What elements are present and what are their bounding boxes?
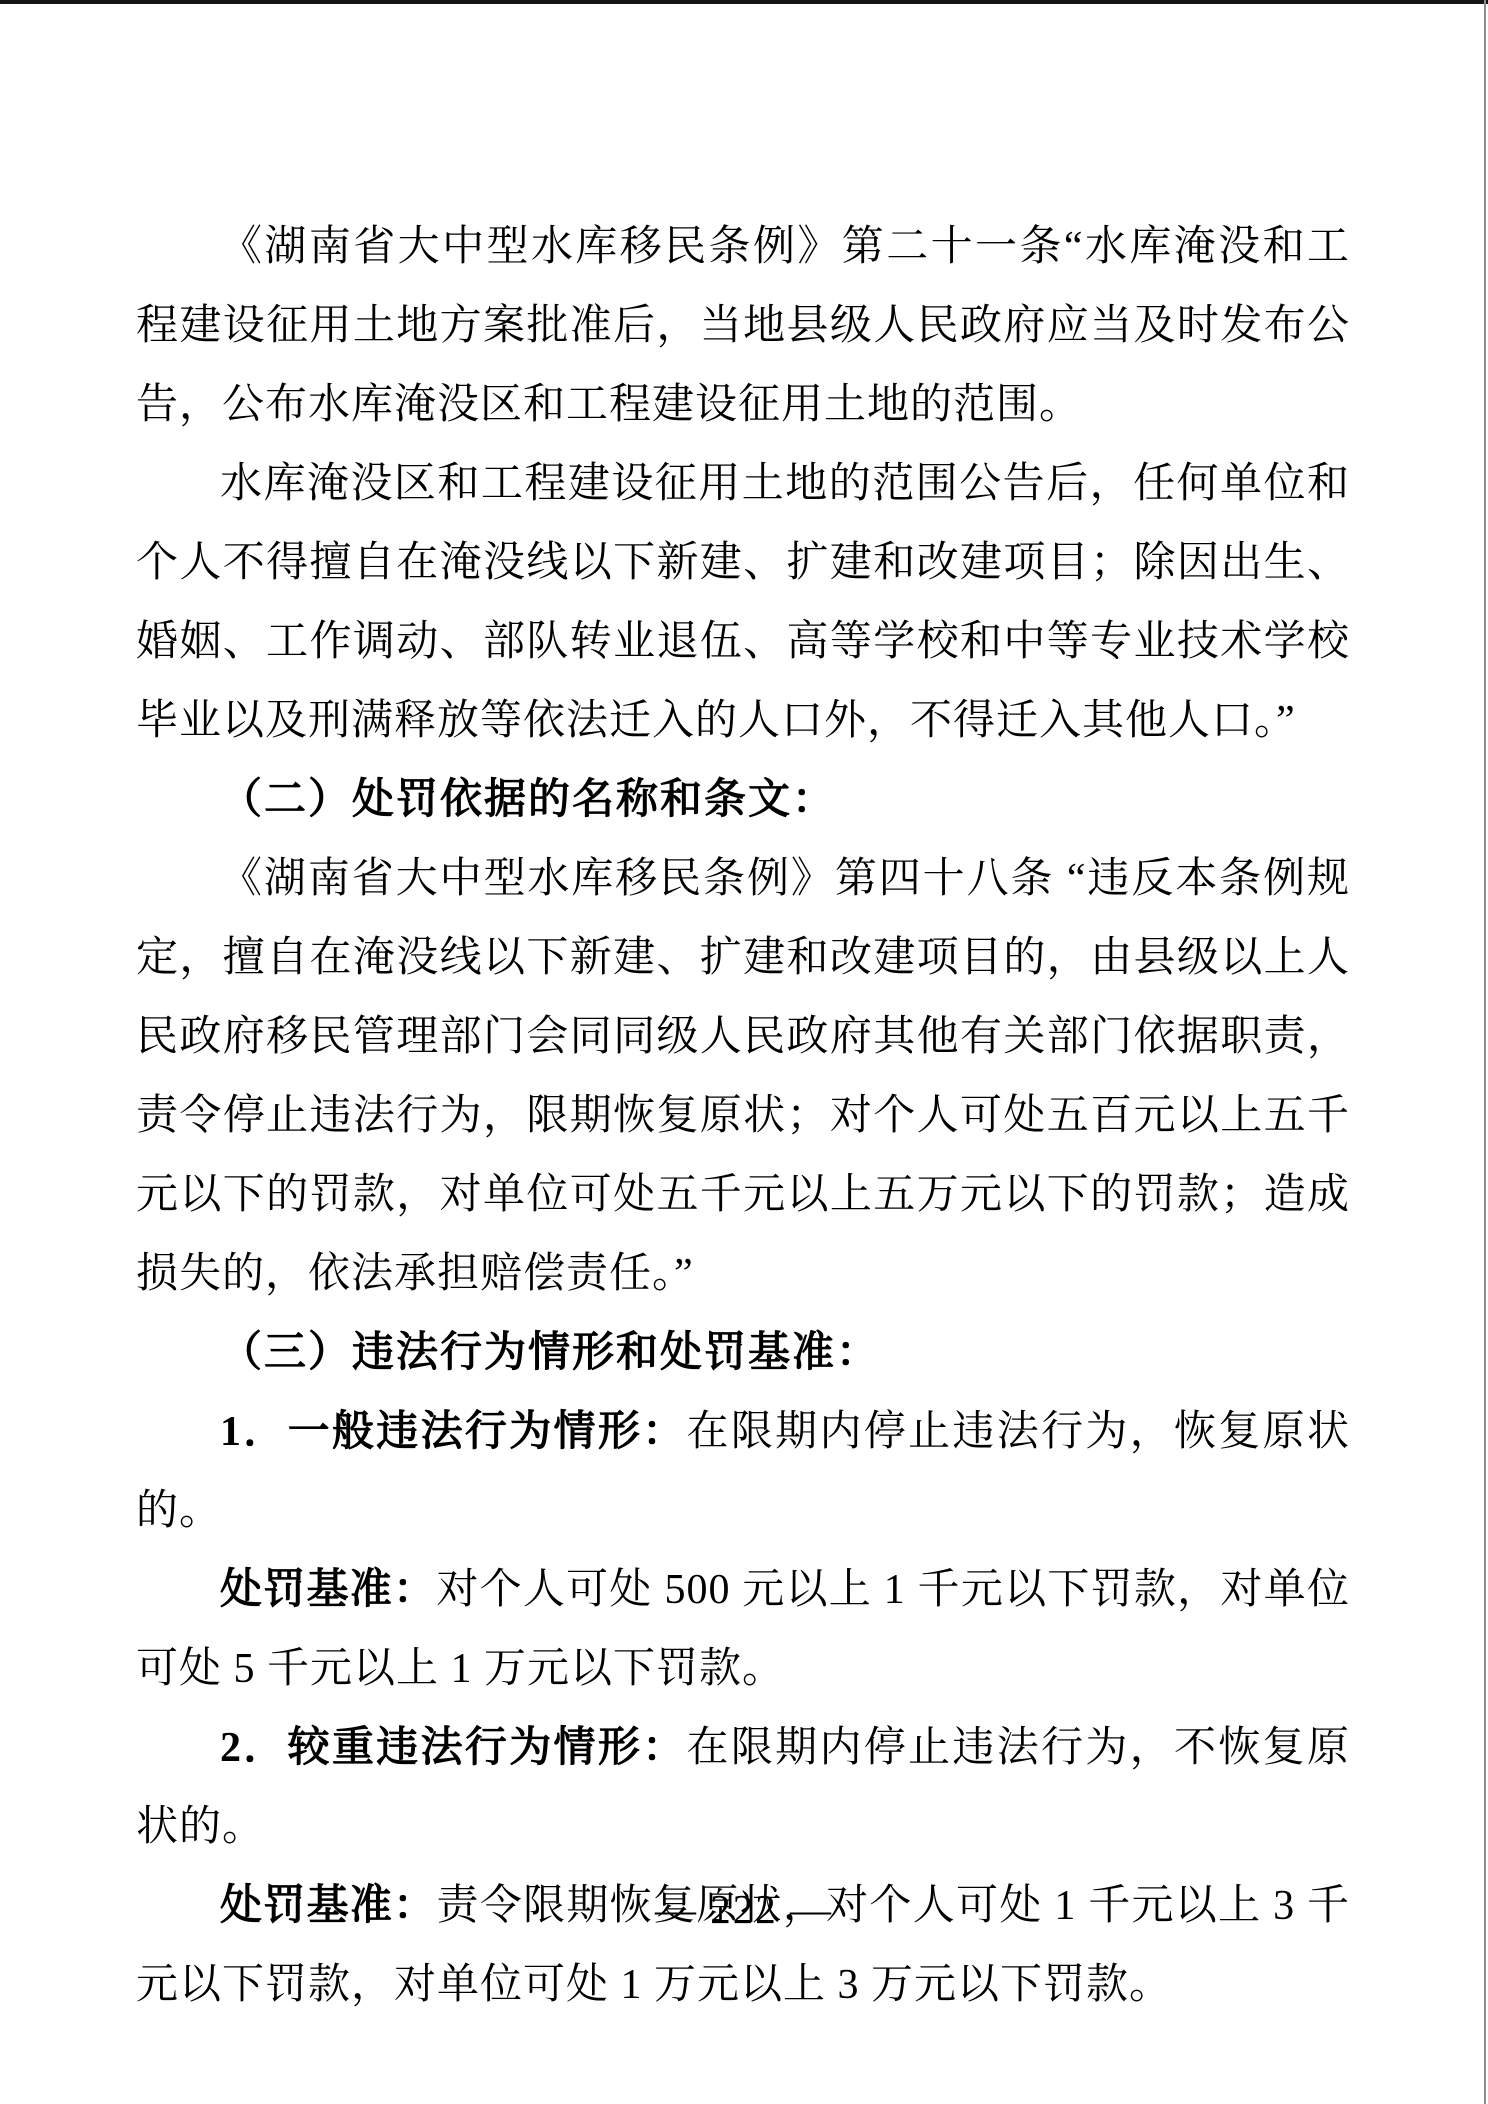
page-number: — 222 — (0, 1876, 1488, 1942)
paragraph-penalty-standard-1: 处罚基准：对个人可处 500 元以上 1 千元以下罚款，对单位可处 5 千元以上… (136, 1551, 1350, 1709)
page-top-edge (0, 0, 1488, 4)
paragraph-article-21-continued: 水库淹没区和工程建设征用土地的范围公告后，任何单位和个人不得擅自在淹没线以下新建… (136, 445, 1350, 761)
paragraph-serious-violation: 2．较重违法行为情形：在限期内停止违法行为，不恢复原状的。 (136, 1709, 1350, 1867)
serious-violation-label: 2．较重违法行为情形： (220, 1725, 687, 1771)
paragraph-regulation-article-21: 《湖南省大中型水库移民条例》第二十一条“水库淹没和工程建设征用土地方案批准后，当… (136, 208, 1350, 445)
general-violation-label: 1．一般违法行为情形： (220, 1409, 687, 1455)
document-body: 《湖南省大中型水库移民条例》第二十一条“水库淹没和工程建设征用土地方案批准后，当… (136, 208, 1350, 2025)
page-right-edge (1484, 0, 1486, 2104)
section-heading-penalty-basis: （二）处罚依据的名称和条文： (136, 761, 1350, 840)
section-heading-violation-and-penalty-standards: （三）违法行为情形和处罚基准： (136, 1314, 1350, 1393)
paragraph-regulation-article-48: 《湖南省大中型水库移民条例》第四十八条 “违反本条例规定，擅自在淹没线以下新建、… (136, 840, 1350, 1314)
paragraph-general-violation: 1．一般违法行为情形：在限期内停止违法行为，恢复原状的。 (136, 1393, 1350, 1551)
penalty-standard-1-label: 处罚基准： (220, 1567, 436, 1613)
